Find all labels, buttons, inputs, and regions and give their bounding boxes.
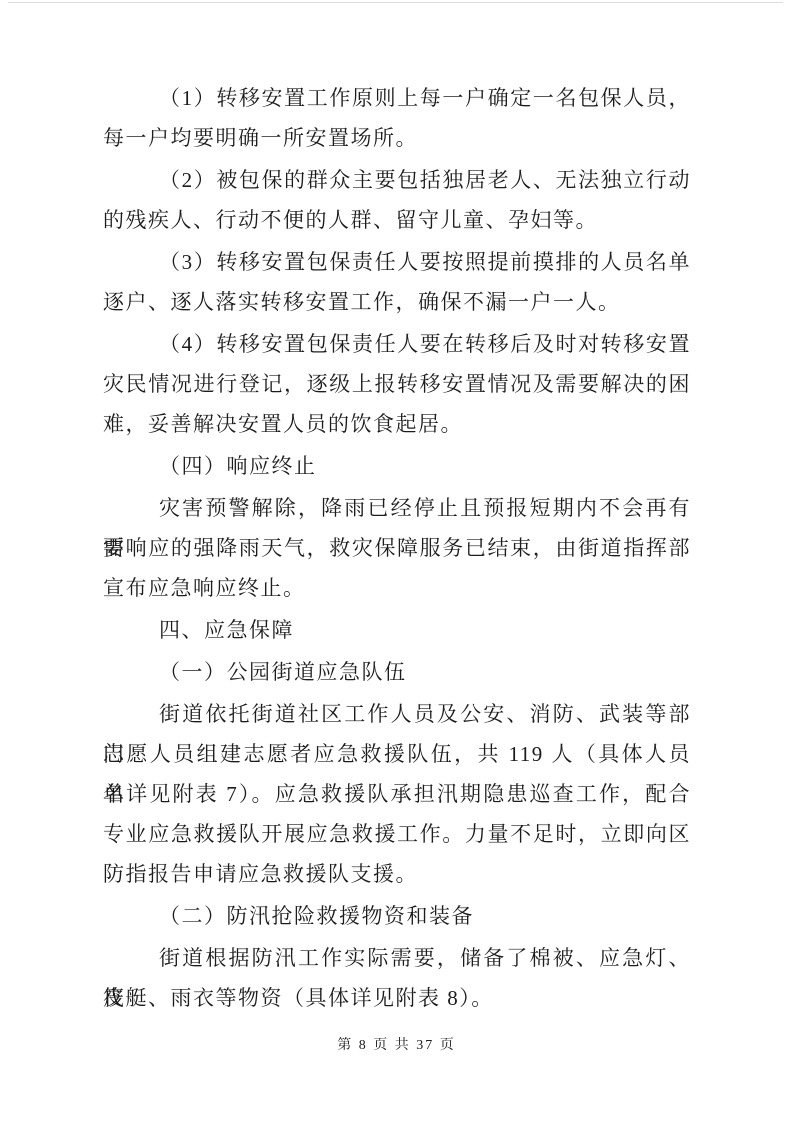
document-body: （1）转移安置工作原则上每一户确定一名包保人员，每一户均要明确一所安置场所。（2… [103,78,691,1020]
text-line: （4）转移安置包保责任人要在转移后及时对转移安置 [103,324,691,364]
text-line: （3）转移安置包保责任人要按照提前摸排的人员名单 [103,242,691,282]
text-line: 志愿人员组建志愿者应急救援队伍，共 119 人（具体人员名 [103,734,691,774]
text-line: 的残疾人、行动不便的人群、留守儿童、孕妇等。 [103,200,691,240]
para-emergency-team: 街道依托街道社区工作人员及公安、消防、武装等部门志愿人员组建志愿者应急救援队伍，… [103,694,691,894]
text-line: （二）防汛抢险救援物资和装备 [103,896,691,936]
para-heading-emergency-team: （一）公园街道应急队伍 [103,652,691,692]
page-top-edge-line [8,2,783,3]
text-line: （2）被包保的群众主要包括独居老人、无法独立行动 [103,160,691,200]
text-line: 逐户、逐人落实转移安置工作，确保不漏一户一人。 [103,282,691,322]
para-supplies: 街道根据防汛工作实际需要，储备了棉被、应急灯、皮筏艇、雨衣等物资（具体详见附表 … [103,938,691,1018]
text-line: 灾害预警解除，降雨已经停止且预报短期内不会再有需 [103,488,691,528]
text-line: 要响应的强降雨天气，救灾保障服务已结束，由街道指挥部 [103,528,691,568]
page-number-footer: 第 8 页 共 37 页 [0,1034,793,1054]
text-line: 四、应急保障 [103,610,691,650]
para-item-2: （2）被包保的群众主要包括独居老人、无法独立行动的残疾人、行动不便的人群、留守儿… [103,160,691,240]
text-line: 宣布应急响应终止。 [103,568,691,608]
text-line: 筏艇、雨衣等物资（具体详见附表 8）。 [103,978,691,1018]
text-line: （一）公园街道应急队伍 [103,652,691,692]
text-line: 单详见附表 7）。应急救援队承担汛期隐患巡查工作，配合 [103,774,691,814]
para-heading-chapter-4: 四、应急保障 [103,610,691,650]
text-line: 灾民情况进行登记，逐级上报转移安置情况及需要解决的困 [103,364,691,404]
text-line: 难，妥善解决安置人员的饮食起居。 [103,404,691,444]
para-response-termination: 灾害预警解除，降雨已经停止且预报短期内不会再有需要响应的强降雨天气，救灾保障服务… [103,488,691,608]
text-line: 街道依托街道社区工作人员及公安、消防、武装等部门 [103,694,691,734]
para-item-1: （1）转移安置工作原则上每一户确定一名包保人员，每一户均要明确一所安置场所。 [103,78,691,158]
text-line: （1）转移安置工作原则上每一户确定一名包保人员， [103,78,691,118]
para-heading-section-4-end: （四）响应终止 [103,446,691,486]
para-item-4: （4）转移安置包保责任人要在转移后及时对转移安置灾民情况进行登记，逐级上报转移安… [103,324,691,444]
para-item-3: （3）转移安置包保责任人要按照提前摸排的人员名单逐户、逐人落实转移安置工作，确保… [103,242,691,322]
text-line: 街道根据防汛工作实际需要，储备了棉被、应急灯、皮 [103,938,691,978]
para-heading-supplies: （二）防汛抢险救援物资和装备 [103,896,691,936]
document-page: （1）转移安置工作原则上每一户确定一名包保人员，每一户均要明确一所安置场所。（2… [0,0,793,1122]
text-line: 每一户均要明确一所安置场所。 [103,118,691,158]
text-line: 专业应急救援队开展应急救援工作。力量不足时，立即向区 [103,814,691,854]
text-line: 防指报告申请应急救援队支援。 [103,854,691,894]
text-line: （四）响应终止 [103,446,691,486]
